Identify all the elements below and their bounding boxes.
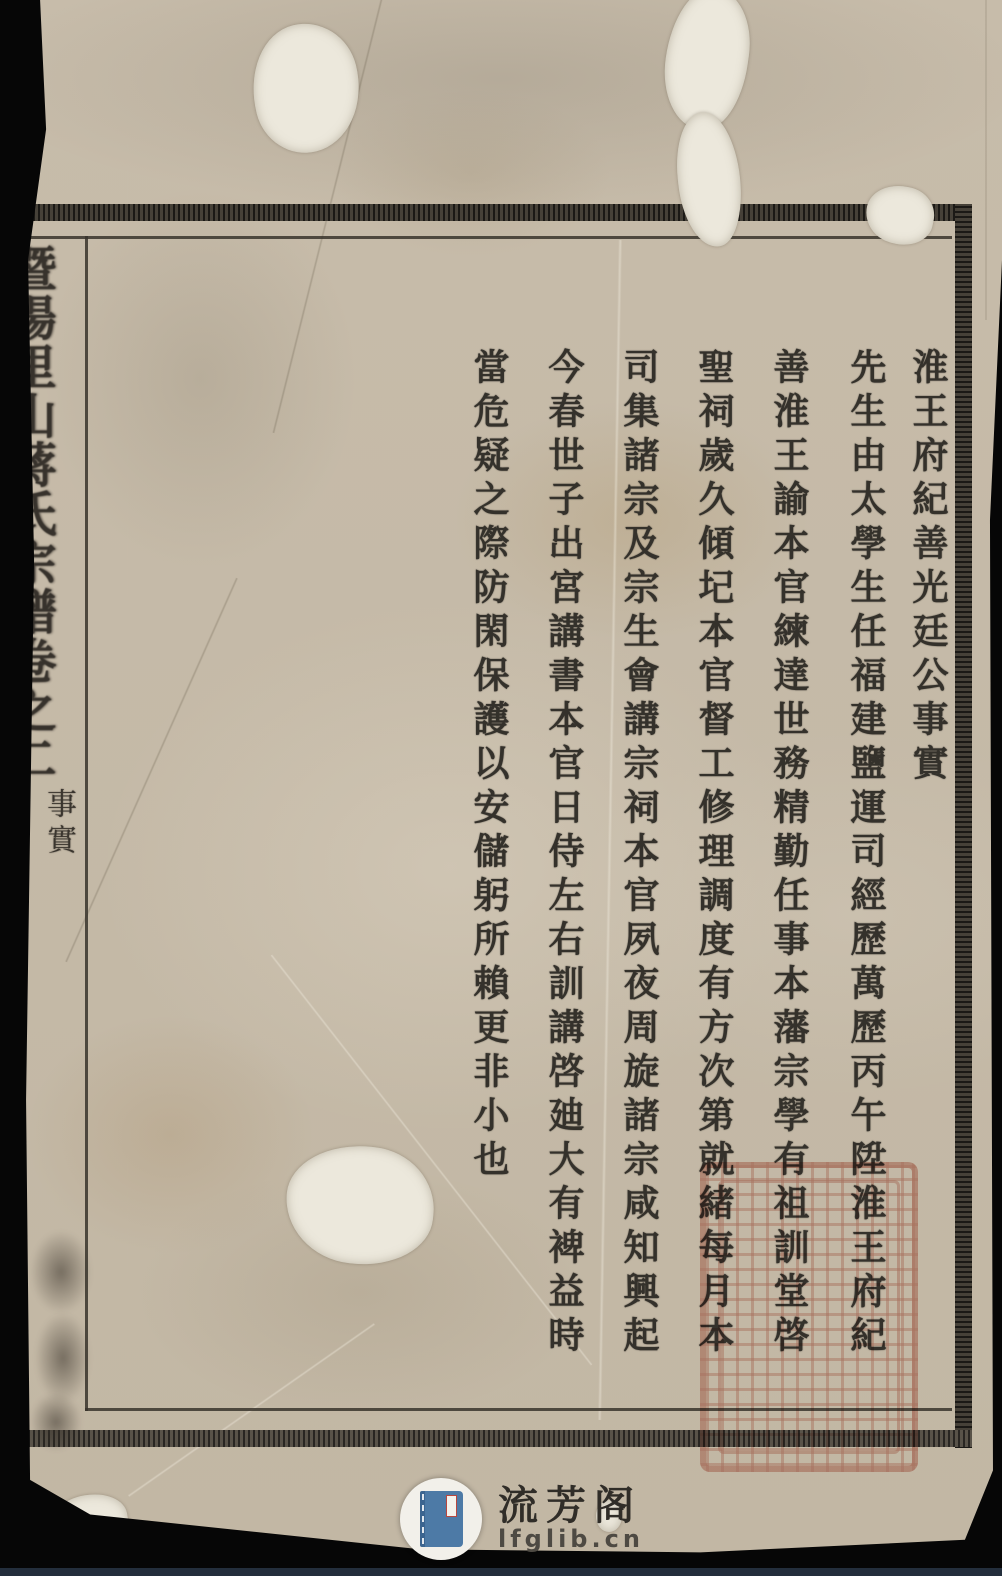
watermark-text: 流芳阁 lfglib.cn <box>498 1485 644 1552</box>
ink-smudge <box>30 1230 92 1314</box>
frame-band-right <box>955 204 972 1448</box>
text-column: 當危疑之際防閑保護以安儲躬所賴更非小也 <box>466 348 510 1184</box>
site-url[interactable]: lfglib.cn <box>498 1527 644 1552</box>
frame-band-top <box>28 204 972 221</box>
torn-patch <box>46 1489 132 1557</box>
crease <box>985 0 987 320</box>
ink-smudge <box>30 1392 82 1452</box>
crease <box>65 578 239 963</box>
thread-bound-book-icon <box>420 1491 463 1547</box>
torn-patch <box>861 180 940 251</box>
torn-patch <box>280 1139 440 1272</box>
torn-patch <box>671 109 747 250</box>
scan-bottom-strip <box>0 1568 1002 1576</box>
site-name: 流芳阁 <box>498 1485 644 1527</box>
frame-rule-top <box>30 236 952 239</box>
watermark-circle <box>400 1478 482 1560</box>
text-column: 淮王府紀善光廷公事實 <box>905 348 949 788</box>
paper-sheet: 暨陽里山蔣氏宗譜卷之二 事實 淮王府紀善光廷公事實 先生由太學生任福建鹽運司經歷… <box>0 0 1002 1576</box>
ink-smudge <box>35 1312 91 1404</box>
text-column: 今春世子出宮講書本官日侍左右訓講啓廸大有裨益時 <box>541 348 585 1360</box>
spine-title: 暨陽里山蔣氏宗譜卷之二 <box>2 244 54 783</box>
seal-inner-border <box>718 1180 900 1454</box>
spine-section-label: 事實 <box>40 788 76 860</box>
site-watermark[interactable]: 流芳阁 lfglib.cn <box>400 1478 644 1560</box>
red-collector-seal <box>700 1162 918 1472</box>
torn-patch <box>238 13 374 163</box>
scanned-genealogy-page: 暨陽里山蔣氏宗譜卷之二 事實 淮王府紀善光廷公事實 先生由太學生任福建鹽運司經歷… <box>0 0 1002 1576</box>
text-column: 司集諸宗及宗生會講宗祠本官夙夜周旋諸宗咸知興起 <box>616 348 660 1360</box>
